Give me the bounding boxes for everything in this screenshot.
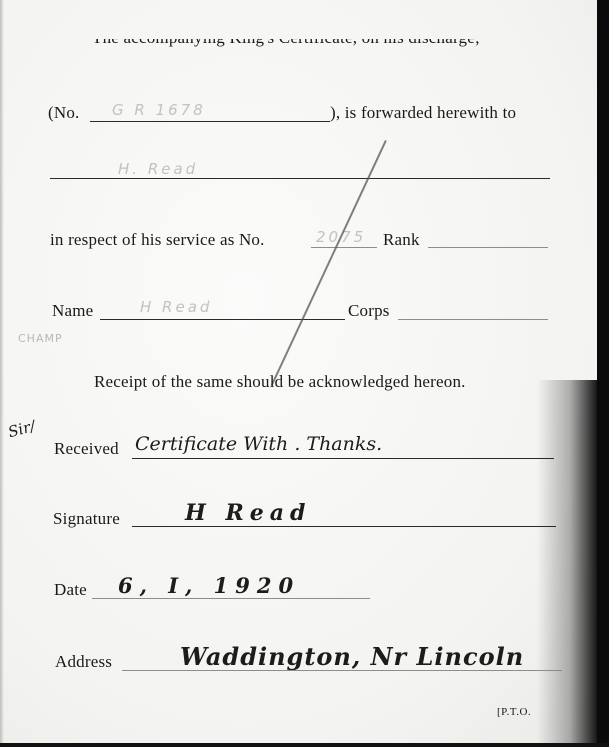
recipient-underline — [50, 178, 550, 179]
name-label: Name — [52, 301, 93, 321]
address-label: Address — [55, 652, 112, 672]
page-left-edge — [0, 0, 4, 747]
rank-label: Rank — [383, 230, 420, 250]
date-underline — [92, 598, 370, 599]
date-value: 6, I, 1920 — [118, 573, 300, 598]
receipt-instruction: Receipt of the same should be acknowledg… — [94, 372, 466, 392]
name-faint: H Read — [140, 298, 212, 316]
received-underline — [132, 458, 554, 459]
name-underline — [100, 319, 345, 320]
corps-label: Corps — [348, 301, 390, 321]
pencil-strike-mark — [271, 140, 387, 386]
sir-annotation: Sir/ — [6, 417, 37, 441]
corps-underline — [398, 319, 548, 320]
forwarded-text: ), is forwarded herewith to — [330, 103, 516, 123]
signature-underline — [132, 526, 556, 527]
signature-label: Signature — [53, 509, 120, 529]
signature-value: H Read — [185, 500, 311, 526]
received-label: Received — [54, 439, 119, 459]
page-right-shadow — [537, 380, 597, 747]
service-label: in respect of his service as No. — [50, 230, 265, 250]
faint-stamp: CHAMP — [18, 332, 63, 345]
please-turn-over-note: [P.T.O. — [497, 706, 531, 718]
no-value-faint: G R 1678 — [112, 101, 206, 119]
rank-underline — [428, 247, 548, 248]
address-value: Waddington, Nr Lincoln — [180, 642, 524, 671]
service-no-underline — [311, 247, 377, 248]
date-label: Date — [54, 580, 87, 600]
page-bottom-edge — [0, 743, 609, 747]
no-label: (No. — [48, 103, 80, 123]
document-page: The accompanying King's Certificate, on … — [0, 0, 609, 747]
page-right-edge — [597, 0, 609, 747]
forwarded-to-faint: H. Read — [118, 160, 198, 178]
no-underline — [90, 121, 330, 122]
address-underline — [122, 670, 562, 671]
cut-off-header-line: The accompanying King's Certificate, on … — [92, 28, 480, 48]
received-value: Certificate With . Thanks. — [135, 433, 382, 455]
